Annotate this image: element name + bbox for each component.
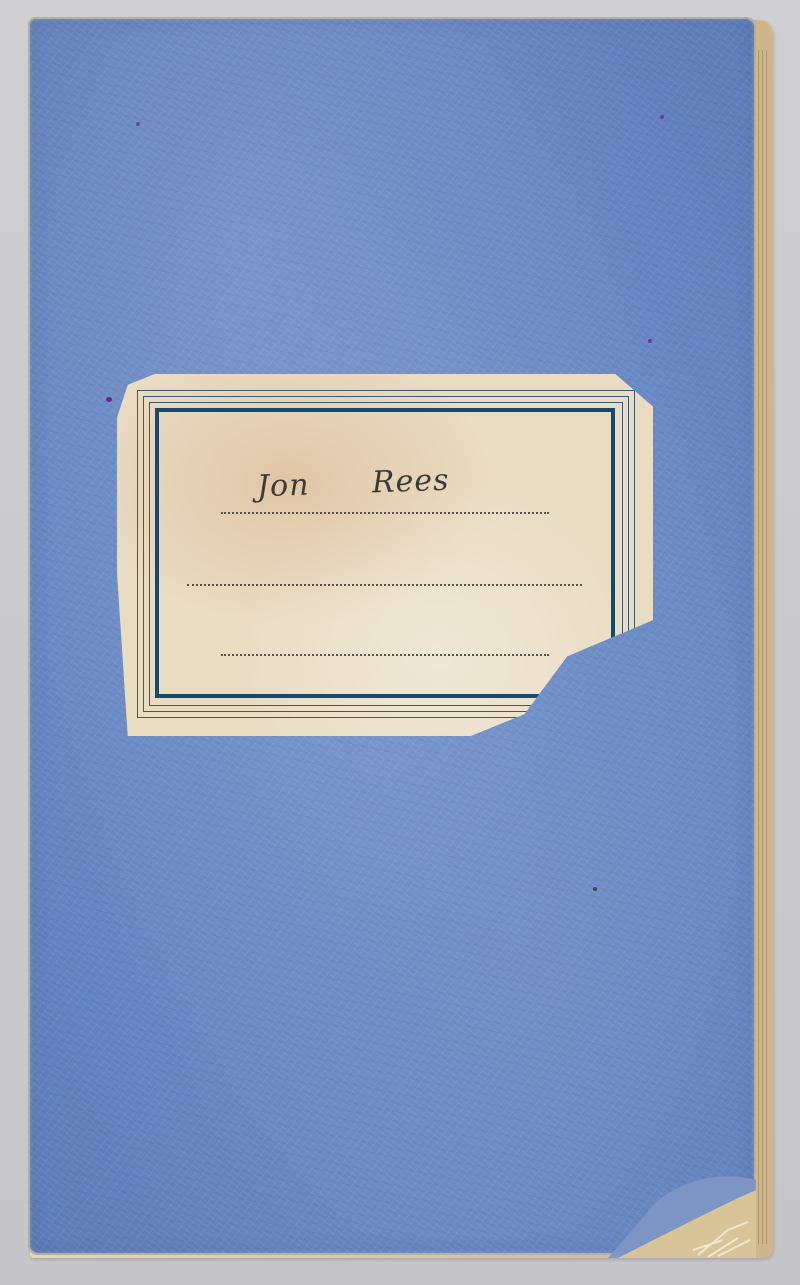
torn-corner-icon [598, 1160, 758, 1258]
handwritten-name: Jon Rees [256, 463, 450, 505]
label-line-2 [187, 584, 582, 586]
page-edge-line [758, 50, 759, 1244]
ink-spot [648, 339, 652, 343]
ink-spot [660, 115, 664, 119]
label-line-1 [221, 512, 549, 514]
ink-spot [106, 397, 112, 402]
page-edge-line [762, 50, 763, 1244]
stain-spot [593, 887, 597, 891]
handwritten-surname: Rees [371, 463, 450, 501]
handwritten-first-name: Jon [256, 468, 310, 505]
page-edge-line [766, 50, 767, 1244]
label-line-3 [221, 654, 549, 656]
ink-spot [136, 122, 140, 126]
